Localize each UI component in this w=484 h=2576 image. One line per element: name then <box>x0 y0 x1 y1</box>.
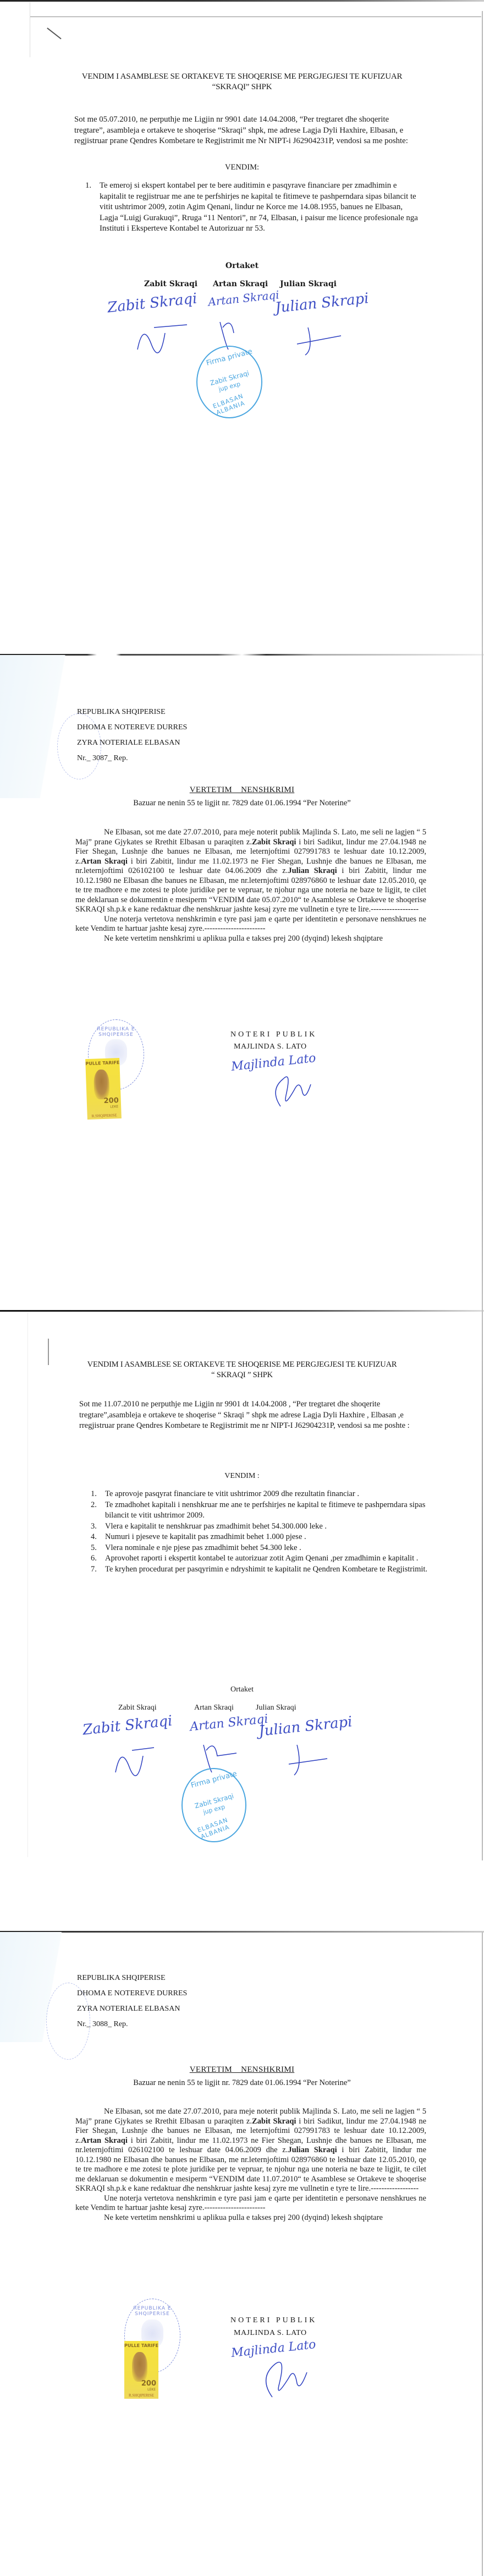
scan-edge <box>30 2 30 57</box>
scan-line <box>30 17 481 17</box>
notary-initials <box>269 1068 313 1112</box>
decision-intro: Sot me 05.07.2010, ne perputhje me Ligji… <box>74 114 418 147</box>
notary-page-2: REPUBLIKA SHQIPERISE DHOMA E NOTEREVE DU… <box>0 1860 484 2576</box>
decision-item: 7.Te kryhen procedurat per pasqyrimin e … <box>91 1564 432 1575</box>
title-line-2: “SKRAQI” SHPK <box>0 82 484 92</box>
decision-item: 6.Aprovohet raporti i ekspertit kontabel… <box>91 1553 432 1564</box>
decision-item: 3.Vlera e kapitalit te nenshkruar pas zm… <box>91 1521 432 1532</box>
decision-item: 1.Te aprovoje pasqyrat financiare te vit… <box>91 1489 432 1500</box>
notary-title: NOTERI PUBLIK <box>230 1030 317 1039</box>
decision-item: 1.Te emeroj si ekspert kontabel per te b… <box>85 181 420 234</box>
partner-name: Julian Skraqi <box>280 280 337 288</box>
decision-page-1: VENDIM I ASAMBLESE SE ORTAKEVE TE SHOQER… <box>0 0 484 650</box>
decision-list: 1.Te emeroj si ekspert kontabel per te b… <box>85 181 420 234</box>
partners-names: Zabit Skraqi Artan Skraqi Julian Skraqi <box>118 1704 296 1712</box>
certificate-basis: Bazuar ne nenin 55 te ligjit nr. 7829 da… <box>0 799 484 808</box>
pen-mark <box>47 28 62 39</box>
scan-edge <box>482 1310 483 1860</box>
certificate-paragraph-3: Ne kete vertetim nenshkrimi u aplikua pu… <box>75 2213 426 2223</box>
decision-list: 1.Te aprovoje pasqyrat financiare te vit… <box>91 1489 432 1575</box>
certificate-paragraph-3: Ne kete vertetim nenshkrimi u aplikua pu… <box>75 934 426 944</box>
decision-number: 4. <box>91 1532 105 1543</box>
signature-artan: Artan Skraqi <box>207 288 280 308</box>
decision-number: 1. <box>91 1489 105 1500</box>
decision-intro: Sot me 11.07.2010 ne perputhje me Ligjin… <box>79 1399 431 1432</box>
scan-edge <box>482 1932 483 2576</box>
decision-number: 2. <box>91 1500 105 1521</box>
scan-edge <box>28 1312 28 1857</box>
notary-stamp-partial <box>46 1983 90 2060</box>
scan-edge <box>482 11 483 650</box>
decision-page-2: VENDIM I ASAMBLESE SE ORTAKEVE TE SHOQER… <box>0 1310 484 1860</box>
partners-heading: Ortaket <box>0 1685 484 1694</box>
certificate-paragraph-1: Ne Elbasan, sot me date 27.07.2010, para… <box>75 828 426 915</box>
tax-stamp: PULLE TARIFE 200 LEKE R.SHQIPERISE <box>85 1058 122 1120</box>
decision-text: Te aprovoje pasqyrat financiare te vitit… <box>105 1489 432 1500</box>
stamp-bottom-text: ELBASAN ALBANIA <box>197 387 262 422</box>
scan-edge <box>0 1310 484 1312</box>
certificate-basis: Bazuar ne nenin 55 te ligjit nr. 7829 da… <box>0 2078 484 2088</box>
decision-item: 2.Te zmadhohet kapitali i nenshkruar me … <box>91 1500 432 1521</box>
decision-number: 5. <box>91 1543 105 1554</box>
decision-heading: VENDIM: <box>0 163 484 172</box>
notary-initials <box>258 2353 313 2403</box>
partner-name: Artan Skraqi <box>194 1704 256 1712</box>
header-line: REPUBLIKA SHQIPERISE <box>77 705 187 720</box>
partner-name: Zabit Skraqi <box>144 280 213 288</box>
title-line-2: “ SKRAQI ” SHPK <box>0 1370 484 1380</box>
portrait-figure <box>94 1069 110 1100</box>
company-stamp: Firma private Zabit Skraqi jup exp ELBAS… <box>182 1768 246 1842</box>
decision-number: 3. <box>91 1521 105 1532</box>
partners-names: Zabit Skraqi Artan Skraqi Julian Skraqi <box>144 280 337 288</box>
decision-text: Numuri i pjeseve te kapitalit pas zmadhi… <box>105 1532 432 1543</box>
header-line: ZYRA NOTERIALE ELBASAN <box>77 2001 187 2017</box>
decision-number: 7. <box>91 1564 105 1575</box>
signature-artan: Artan Skraqi <box>189 1712 269 1734</box>
decision-item: 5.Vlera nominale e nje pjese pas zmadhim… <box>91 1543 432 1554</box>
certificate-body: Ne Elbasan, sot me date 27.07.2010, para… <box>75 828 426 943</box>
stamp-top-text: Firma private <box>206 347 254 368</box>
partner-name: Zabit Skraqi <box>118 1704 194 1712</box>
notary-header: REPUBLIKA SHQIPERISE DHOMA E NOTEREVE DU… <box>77 1971 187 2032</box>
scan-edge <box>0 0 484 2</box>
certificate-title: VERTETIM NENSHKRIMI <box>0 2065 484 2075</box>
decision-title: VENDIM I ASAMBLESE SE ORTAKEVE TE SHOQER… <box>0 1360 484 1380</box>
decision-text: Vlera e kapitalit te nenshkruar pas zmad… <box>105 1521 432 1532</box>
notary-title: NOTERI PUBLIK <box>230 2316 317 2325</box>
repertory-number: Nr._ 3088_ Rep. <box>77 2017 187 2032</box>
partner-name: Artan Skraqi <box>213 280 280 288</box>
certificate-paragraph-2: Une noterja vertetova nenshkrimin e tyre… <box>75 2194 426 2213</box>
decision-text: Vlera nominale e nje pjese pas zmadhimit… <box>105 1543 432 1554</box>
partners-heading: Ortaket <box>0 261 484 270</box>
decision-text: Te kryhen procedurat per pasqyrimin e nd… <box>105 1564 432 1575</box>
decision-text: Te emeroj si ekspert kontabel per te ber… <box>100 181 420 234</box>
notary-stamp-partial <box>57 713 101 779</box>
decision-heading: VENDIM : <box>0 1472 484 1481</box>
decision-title: VENDIM I ASAMBLESE SE ORTAKEVE TE SHOQER… <box>0 72 484 92</box>
title-line-1: VENDIM I ASAMBLESE SE ORTAKEVE TE SHOQER… <box>0 72 484 82</box>
partner-name: Julian Skraqi <box>256 1704 296 1712</box>
company-stamp: Firma private Zabit Skraqi jup exp ELBAS… <box>196 346 262 418</box>
decision-text: Te zmadhohet kapitali i nenshkruar me an… <box>105 1500 432 1521</box>
certificate-title: VERTETIM NENSHKRIMI <box>0 785 484 795</box>
header-line: DHOMA E NOTEREVE DURRES <box>77 1986 187 2001</box>
notary-page-1: REPUBLIKA SHQIPERISE DHOMA E NOTEREVE DU… <box>0 650 484 1310</box>
portrait-figure <box>132 2352 147 2382</box>
tax-stamp: PULLE TARIFE 200 LEKE R.SHQIPERISE <box>124 2341 158 2399</box>
decision-number: 1. <box>85 181 100 234</box>
title-line-1: VENDIM I ASAMBLESE SE ORTAKEVE TE SHOQER… <box>0 1360 484 1370</box>
scan-edge <box>482 650 483 1310</box>
stamp-bottom-text: ELBASAN ALBANIA <box>182 1811 246 1846</box>
certificate-paragraph-1: Ne Elbasan, sot me date 27.07.2010, para… <box>75 2107 426 2194</box>
certificate-body: Ne Elbasan, sot me date 27.07.2010, para… <box>75 2107 426 2223</box>
stamp-top-text: Firma private <box>190 1770 238 1790</box>
decision-item: 4.Numuri i pjeseve te kapitalit pas zmad… <box>91 1532 432 1543</box>
decision-text: Aprovohet raporti i ekspertit kontabel t… <box>105 1553 432 1564</box>
certificate-paragraph-2: Une noterja vertetova nenshkrimin e tyre… <box>75 915 426 934</box>
notary-name: MAJLINDA S. LATO <box>234 2329 307 2338</box>
notary-name: MAJLINDA S. LATO <box>234 1043 307 1051</box>
header-line: REPUBLIKA SHQIPERISE <box>77 1971 187 1986</box>
decision-number: 6. <box>91 1553 105 1564</box>
